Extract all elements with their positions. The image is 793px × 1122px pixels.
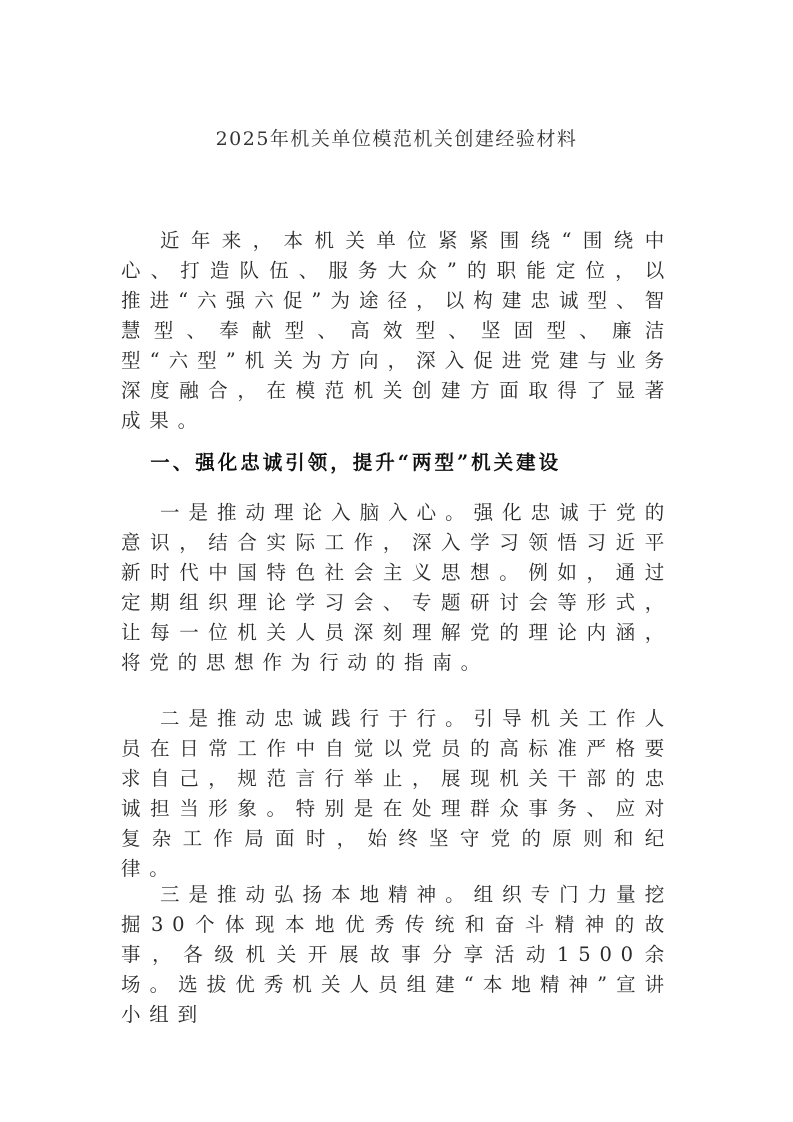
- section-heading: 一、强化忠诚引领，提升“两型”机关建设: [121, 448, 673, 478]
- document-page: 2025年机关单位模范机关创建经验材料 近年来，本机关单位紧紧围绕“围绕中心、打…: [0, 0, 793, 1122]
- body-paragraph: 一是推动理论入脑入心。强化忠诚于党的意识，结合实际工作，深入学习领悟习近平新时代…: [121, 498, 673, 678]
- document-title: 2025年机关单位模范机关创建经验材料: [0, 124, 793, 151]
- body-paragraph: 二是推动忠诚践行于行。引导机关工作人员在日常工作中自觉以党员的高标准严格要求自己…: [121, 704, 673, 884]
- body-paragraph: 三是推动弘扬本地精神。组织专门力量挖掘30个体现本地优秀传统和奋斗精神的故事，各…: [121, 880, 673, 1030]
- intro-paragraph: 近年来，本机关单位紧紧围绕“围绕中心、打造队伍、服务大众”的职能定位，以推进“六…: [121, 226, 673, 436]
